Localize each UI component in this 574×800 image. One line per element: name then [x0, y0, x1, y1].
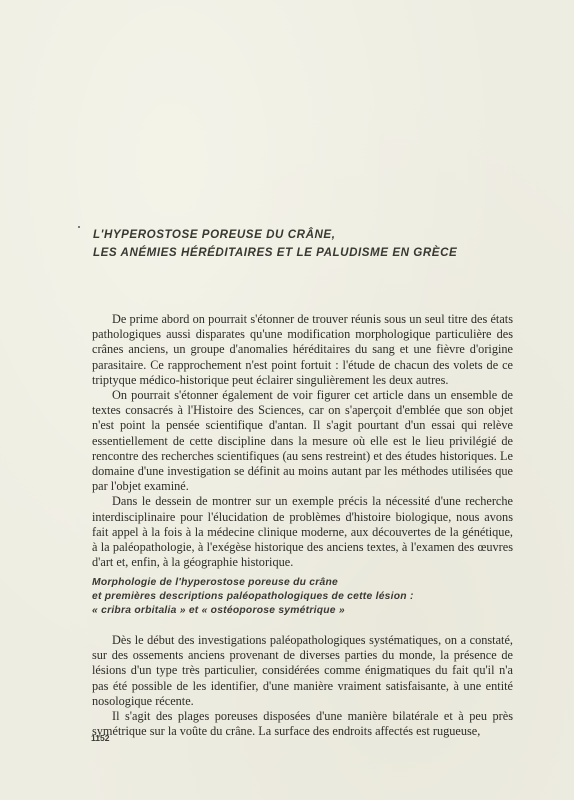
section-heading: Morphologie de l'hyperostose poreuse du … — [92, 576, 532, 617]
margin-dot — [78, 226, 80, 228]
title-line-1: L'HYPEROSTOSE POREUSE DU CRÂNE, — [93, 226, 533, 244]
paragraph: De prime abord on pourrait s'étonner de … — [92, 312, 513, 388]
title-line-2: LES ANÉMIES HÉRÉDITAIRES ET LE PALUDISME… — [93, 244, 533, 262]
section-body: Dès le début des investigations paléopat… — [92, 633, 513, 739]
document-page: L'HYPEROSTOSE POREUSE DU CRÂNE, LES ANÉM… — [0, 0, 574, 800]
article-title: L'HYPEROSTOSE POREUSE DU CRÂNE, LES ANÉM… — [93, 226, 533, 262]
heading-line-1: Morphologie de l'hyperostose poreuse du … — [92, 576, 532, 590]
paragraph: Il s'agit des plages poreuses disposées … — [92, 709, 513, 739]
heading-line-3: « cribra orbitalia » et « ostéoporose sy… — [92, 604, 532, 618]
paragraph: Dès le début des investigations paléopat… — [92, 633, 513, 709]
introduction: De prime abord on pourrait s'étonner de … — [92, 312, 513, 570]
paragraph: On pourrait s'étonner également de voir … — [92, 388, 513, 494]
heading-line-2: et premières descriptions paléopathologi… — [92, 590, 532, 604]
page-number: 1152 — [91, 733, 109, 743]
paragraph: Dans le dessein de montrer sur un exempl… — [92, 494, 513, 570]
